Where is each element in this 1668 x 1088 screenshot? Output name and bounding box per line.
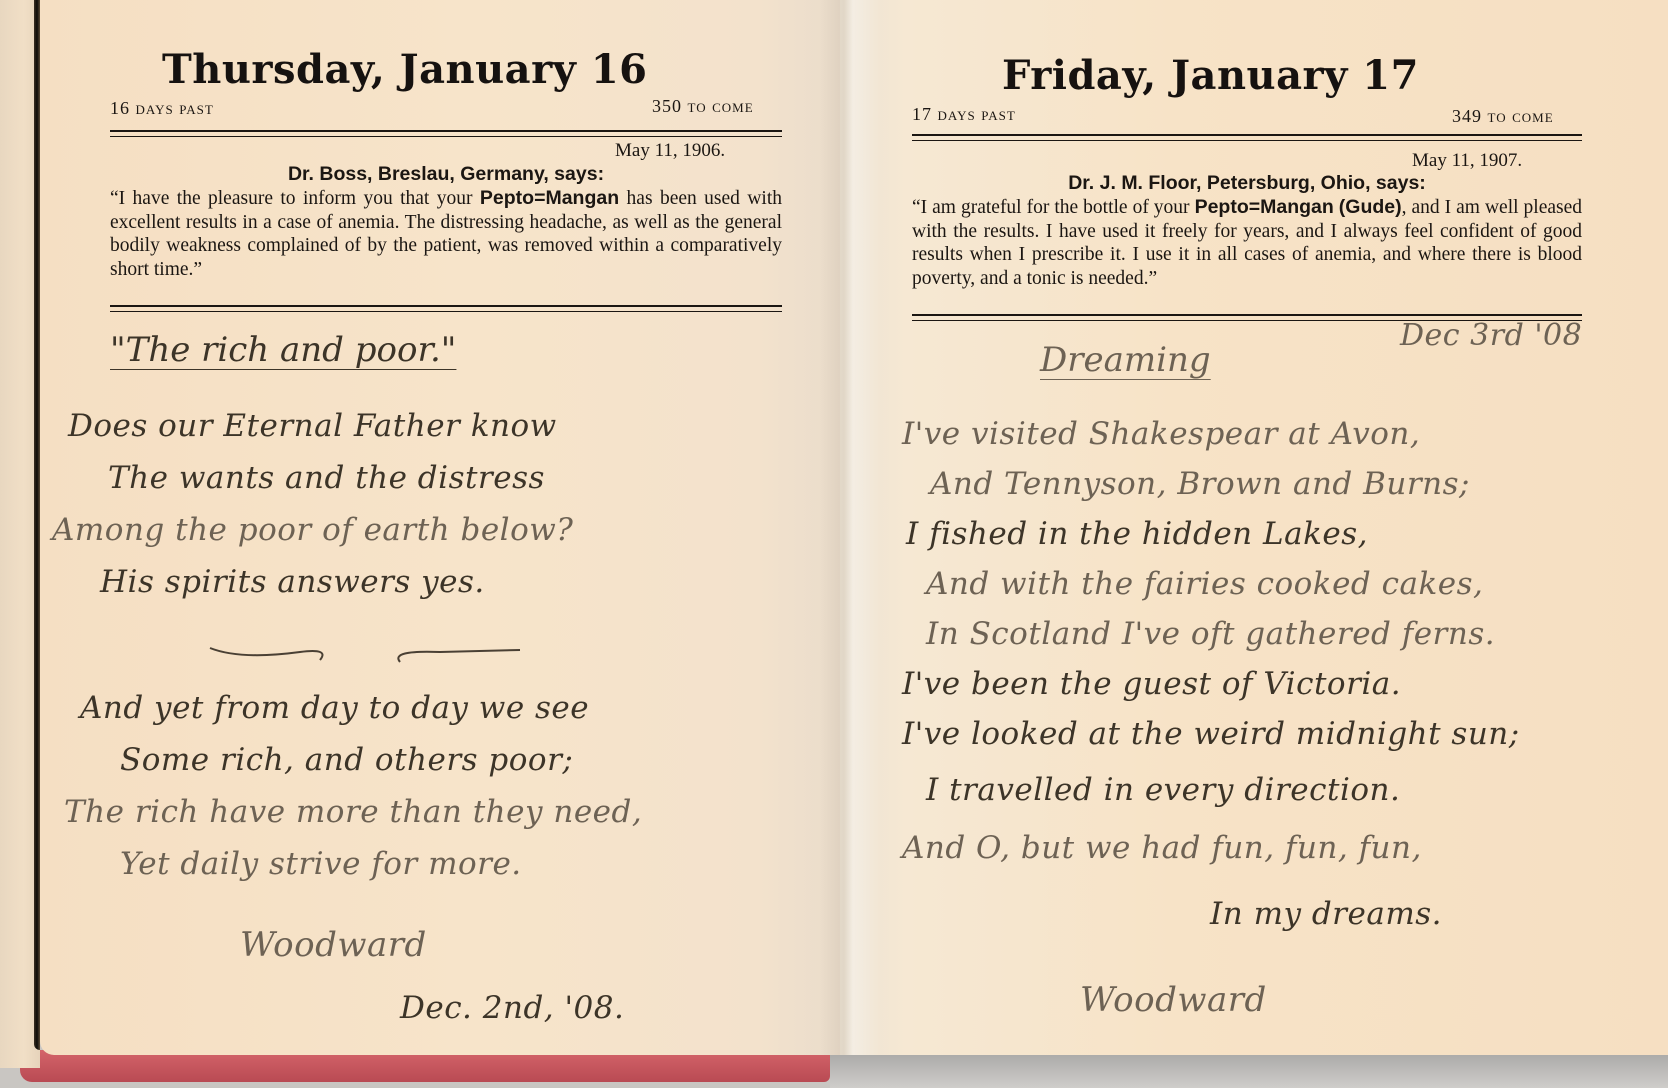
poem-line: His spirits answers yes. <box>100 564 485 600</box>
right-page: Friday, January 17 17 days past 349 to c… <box>840 0 1668 1055</box>
poem-line: And yet from day to day we see <box>80 690 589 726</box>
poem-line: The rich have more than they need, <box>64 794 642 830</box>
poem-line: I've visited Shakespear at Avon, <box>902 416 1420 452</box>
poem-line: Some rich, and others poor; <box>120 742 573 778</box>
entry-date: Dec. 2nd, '08. <box>400 990 624 1026</box>
poem-line: I fished in the hidden Lakes, <box>906 516 1368 552</box>
poem-line: I've looked at the weird midnight sun; <box>902 716 1520 752</box>
testimonial-date: May 11, 1907. <box>1412 150 1522 172</box>
testimonial-quote: “I am grateful for the bottle of your Pe… <box>912 196 1582 290</box>
left-page: Thursday, January 16 16 days past 350 to… <box>40 0 840 1055</box>
poem-line: I travelled in every direction. <box>926 772 1400 808</box>
poem-line: In my dreams. <box>1210 896 1442 932</box>
days-to-come-label: 349 to come <box>1452 106 1554 127</box>
testimonial-rule <box>110 305 782 312</box>
poem-line: And with the fairies cooked cakes, <box>926 566 1483 602</box>
testimonial-doctor: Dr. J. M. Floor, Petersburg, Ohio, says: <box>912 172 1582 195</box>
poem-line: And Tennyson, Brown and Burns; <box>930 466 1470 502</box>
divider-flourish <box>200 630 530 670</box>
header-rule <box>912 134 1582 141</box>
days-to-come-label: 350 to come <box>652 96 754 117</box>
poem-line: Yet daily strive for more. <box>120 846 522 882</box>
product-name: Pepto=Mangan <box>480 187 619 209</box>
open-diary: Thursday, January 16 16 days past 350 to… <box>0 0 1668 1088</box>
testimonial-quote: “I have the pleasure to inform you that … <box>110 187 782 281</box>
quote-text: “I have the pleasure to inform you that … <box>110 188 480 209</box>
days-past-label: 17 days past <box>912 104 1016 125</box>
product-note: (Gude) <box>1339 196 1402 218</box>
days-past-label: 16 days past <box>110 98 214 119</box>
book-gutter <box>820 0 880 1055</box>
poem-line: And O, but we had fun, fun, fun, <box>902 830 1422 866</box>
quote-text: “I am grateful for the bottle of your <box>912 197 1195 218</box>
page-edge-line <box>34 0 40 1050</box>
poem-title: "The rich and poor." <box>110 330 456 370</box>
poem-line: I've been the guest of Victoria. <box>902 666 1401 702</box>
signature: Woodward <box>1080 980 1267 1020</box>
poem-line: Among the poor of earth below? <box>52 512 573 548</box>
header-rule <box>110 130 782 137</box>
product-name: Pepto=Mangan <box>1195 196 1334 218</box>
scan-background <box>830 1052 1668 1088</box>
entry-date: Dec 3rd '08 <box>1400 318 1582 353</box>
poem-title: Dreaming <box>1040 340 1211 380</box>
poem-line: The wants and the distress <box>108 460 545 496</box>
poem-line: Does our Eternal Father know <box>68 408 557 444</box>
testimonial-date: May 11, 1906. <box>615 140 725 162</box>
testimonial-doctor: Dr. Boss, Breslau, Germany, says: <box>110 163 782 186</box>
poem-line: In Scotland I've oft gathered ferns. <box>926 616 1495 652</box>
day-title: Thursday, January 16 <box>162 46 648 93</box>
day-title: Friday, January 17 <box>1002 52 1419 99</box>
signature: Woodward <box>240 925 427 965</box>
